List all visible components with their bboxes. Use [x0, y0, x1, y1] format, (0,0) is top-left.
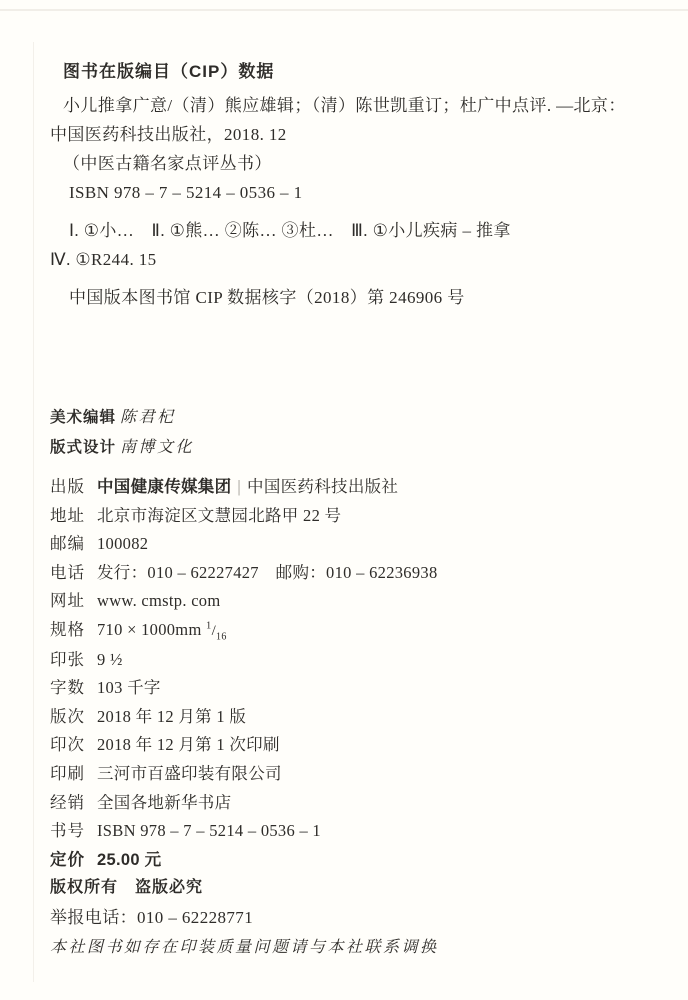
pub-label: 版次 [50, 703, 97, 732]
pub-value: 发行：010 – 62227427 邮购：010 – 62236938 [97, 559, 438, 588]
book-copyright-page: 图书在版编目（CIP）数据 小儿推拿广意/（清）熊应雄辑；（清）陈世凯重订；杜广… [0, 0, 688, 1000]
credit-value: 陈君杞 [120, 403, 176, 433]
footer-section: 版权所有 盗版必究 举报电话：010 – 62228771 本社图书如存在印装质… [50, 873, 439, 963]
pub-value: 9 ½ [97, 646, 123, 675]
pub-label: 出版 [50, 473, 97, 502]
pub-label: 邮编 [50, 530, 97, 559]
pub-label: 定价 [50, 846, 97, 875]
publisher-group-name: 中国健康传媒集团 [97, 478, 231, 496]
format-base: 710 × 1000mm [97, 620, 206, 639]
cip-heading: 图书在版编目（CIP）数据 [50, 57, 662, 86]
scan-gutter-line [33, 42, 34, 982]
pub-label: 印刷 [50, 760, 97, 789]
pub-row-format: 规格 710 × 1000mm 1/16 [50, 616, 662, 646]
publishing-info-section: 出版 中国健康传媒集团|中国医药科技出版社 地址 北京市海淀区文慧园北路甲 22… [50, 473, 662, 874]
cip-publisher-line: 中国医药科技出版社，2018. 12 [50, 120, 662, 149]
pub-row-edition: 版次 2018 年 12 月第 1 版 [50, 703, 662, 732]
credits-section: 美术编辑 陈君杞 版式设计 南博文化 [50, 403, 194, 463]
pub-label: 规格 [50, 616, 97, 646]
pub-row-postcode: 邮编 100082 [50, 530, 662, 559]
pub-row-printer: 印刷 三河市百盛印装有限公司 [50, 760, 662, 789]
quality-notice: 本社图书如存在印装质量问题请与本社联系调换 [50, 933, 439, 963]
credit-label: 美术编辑 [50, 403, 120, 433]
cip-registry-line: 中国版本图书馆 CIP 数据核字（2018）第 246906 号 [50, 283, 662, 312]
pub-row-isbn: 书号 ISBN 978 – 7 – 5214 – 0536 – 1 [50, 817, 662, 846]
pub-label: 印张 [50, 646, 97, 675]
cip-classification-line1: Ⅰ. ①小… Ⅱ. ①熊… ②陈… ③杜… Ⅲ. ①小儿疾病 – 推拿 [50, 216, 662, 245]
pub-row-phone: 电话 发行：010 – 62227427 邮购：010 – 62236938 [50, 559, 662, 588]
pub-value: 25.00 元 [97, 846, 161, 875]
pub-label: 印次 [50, 731, 97, 760]
pub-label: 经销 [50, 789, 97, 818]
pub-value: www. cmstp. com [97, 587, 221, 616]
credit-label: 版式设计 [50, 433, 120, 463]
cip-classification-line2: Ⅳ. ①R244. 15 [50, 245, 662, 274]
cip-section: 图书在版编目（CIP）数据 小儿推拿广意/（清）熊应雄辑；（清）陈世凯重订；杜广… [50, 57, 662, 312]
pub-row-address: 地址 北京市海淀区文慧园北路甲 22 号 [50, 502, 662, 531]
credit-row-layout-design: 版式设计 南博文化 [50, 433, 194, 463]
pub-label: 字数 [50, 674, 97, 703]
pub-value: 三河市百盛印装有限公司 [97, 760, 282, 789]
report-phone: 举报电话：010 – 62228771 [50, 903, 439, 933]
copyright-notice: 版权所有 盗版必究 [50, 873, 439, 903]
pub-label: 地址 [50, 502, 97, 531]
cip-series-line: （中医古籍名家点评丛书） [50, 149, 662, 178]
pub-value: 100082 [97, 530, 148, 559]
publisher-press-name: 中国医药科技出版社 [247, 477, 398, 496]
pub-value: 2018 年 12 月第 1 次印刷 [97, 731, 280, 760]
pub-value: 全国各地新华书店 [97, 789, 231, 818]
publisher-separator: | [231, 477, 247, 496]
credit-value: 南博文化 [120, 433, 194, 463]
cip-isbn-line: ISBN 978 – 7 – 5214 – 0536 – 1 [50, 178, 662, 207]
scan-edge-top [0, 9, 688, 11]
pub-value: 中国健康传媒集团|中国医药科技出版社 [97, 473, 398, 502]
cip-title-line: 小儿推拿广意/（清）熊应雄辑；（清）陈世凯重订；杜广中点评. —北京： [50, 91, 662, 120]
pub-row-printing: 印次 2018 年 12 月第 1 次印刷 [50, 731, 662, 760]
pub-row-distributor: 经销 全国各地新华书店 [50, 789, 662, 818]
pub-value: 北京市海淀区文慧园北路甲 22 号 [97, 502, 341, 531]
pub-row-sheets: 印张 9 ½ [50, 646, 662, 675]
pub-value: 2018 年 12 月第 1 版 [97, 703, 246, 732]
pub-label: 电话 [50, 559, 97, 588]
format-fraction-denominator: 16 [216, 631, 227, 642]
pub-value: 710 × 1000mm 1/16 [97, 616, 227, 646]
pub-label: 书号 [50, 817, 97, 846]
pub-label: 网址 [50, 587, 97, 616]
pub-row-website: 网址 www. cmstp. com [50, 587, 662, 616]
pub-value: ISBN 978 – 7 – 5214 – 0536 – 1 [97, 817, 321, 846]
credit-row-art-editor: 美术编辑 陈君杞 [50, 403, 194, 433]
pub-row-publisher: 出版 中国健康传媒集团|中国医药科技出版社 [50, 473, 662, 502]
pub-value: 103 千字 [97, 674, 161, 703]
pub-row-wordcount: 字数 103 千字 [50, 674, 662, 703]
pub-row-price: 定价 25.00 元 [50, 846, 662, 875]
